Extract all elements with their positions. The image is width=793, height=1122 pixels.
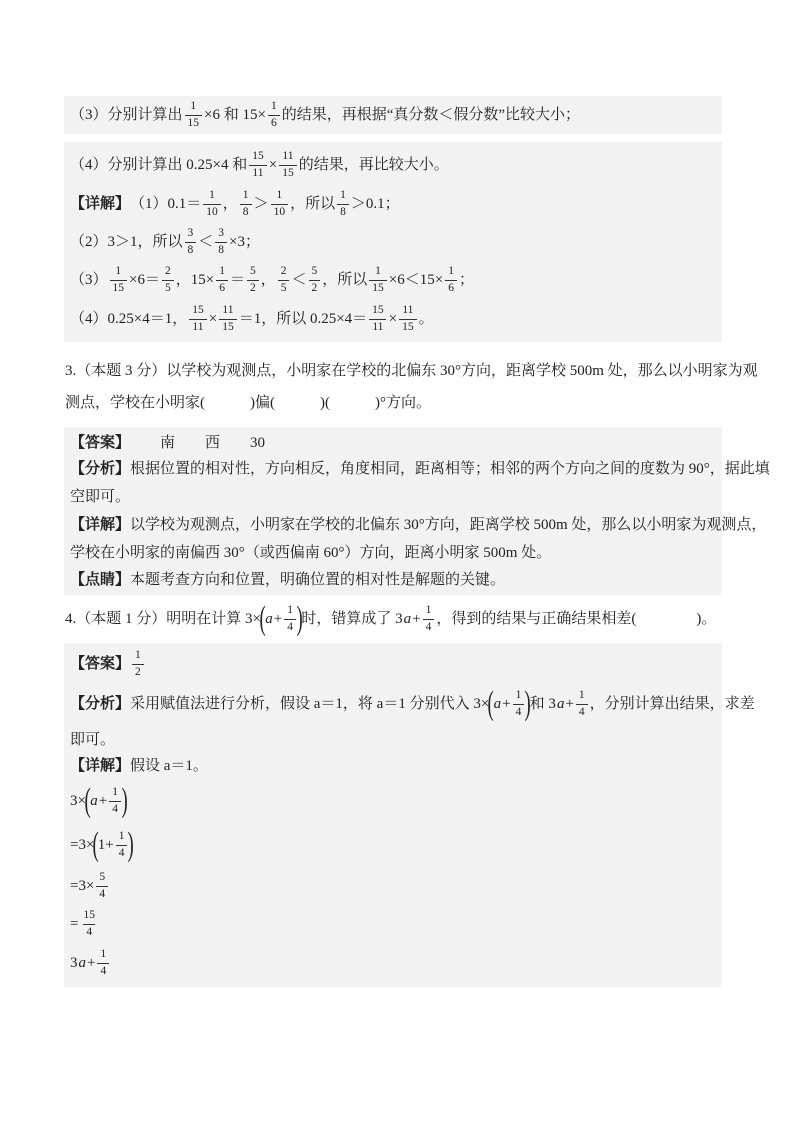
fraction-denominator: 4 <box>284 619 296 634</box>
text-line: 4.（本题 1 分）明明在计算 3×(a+14)时，错算成了 3a+14，得到的… <box>65 596 721 642</box>
math-variable: a <box>78 954 88 972</box>
fraction: 38 <box>185 228 197 256</box>
big-left-paren: ( <box>93 830 99 861</box>
fraction: 14 <box>109 787 121 815</box>
text-span: 即可。 <box>70 731 115 749</box>
big-left-paren: ( <box>85 786 91 817</box>
text-span: ＝1，所以 0.25×4＝ <box>239 310 367 328</box>
text-span: 时，错算成了 3 <box>301 610 402 628</box>
fraction-denominator: 8 <box>215 242 227 257</box>
fraction-denominator: 15 <box>369 280 387 295</box>
text-span: 的结果，再比较大小。 <box>299 156 449 174</box>
big-right-paren: ) <box>297 604 303 635</box>
section-label: 【分析】 <box>70 695 130 713</box>
text-line: （4）0.25×4＝1，1511×1115＝1，所以 0.25×4＝1511×1… <box>70 299 716 339</box>
fraction-numerator: 15 <box>369 305 387 319</box>
text-span: 。 <box>419 310 434 328</box>
text-line: （3）115×6＝25，15×16＝52，25＜52，所以115×6＜15×16… <box>70 261 716 299</box>
text-line: =3×(1+14) <box>70 823 716 867</box>
fraction-numerator: 1 <box>268 101 280 115</box>
text-span: + <box>87 954 95 972</box>
fraction: 1511 <box>369 305 387 333</box>
question-3: 3.（本题 3 分）以学校为观测点，小明家在学校的北偏东 30°方向，距离学校 … <box>64 342 722 427</box>
fraction: 14 <box>284 605 296 633</box>
fraction-denominator: 4 <box>96 886 108 901</box>
text-span: （3） <box>70 271 108 289</box>
fraction-denominator: 5 <box>162 280 174 295</box>
fraction-numerator: 15 <box>189 305 207 319</box>
text-span: 根据位置的相对性，方向相反，角度相同，距离相等；相邻的两个方向之间的度数为 90… <box>130 460 770 478</box>
fraction: 12 <box>132 650 144 678</box>
text-line: 【答案】 南 西 30 <box>70 430 716 455</box>
text-span: × <box>209 310 217 328</box>
fraction-numerator: 1 <box>273 190 285 204</box>
fraction: 1511 <box>249 151 267 179</box>
text-line: 【点睛】本题考查方向和位置，明确位置的相对性是解题的关键。 <box>70 567 716 592</box>
fraction-numerator: 5 <box>309 266 321 280</box>
text-line: =154 <box>70 905 716 943</box>
fraction-numerator: 1 <box>216 266 228 280</box>
document-content: （3）分别计算出115×6 和 15×16的结果，再根据“真分数＜假分数”比较大… <box>64 96 722 987</box>
fraction: 52 <box>247 266 259 294</box>
text-line: 3a+14 <box>70 943 716 983</box>
fraction: 18 <box>337 190 349 218</box>
fraction-numerator: 1 <box>445 266 457 280</box>
text-span: ，所以 <box>322 271 367 289</box>
text-line: =3×54 <box>70 867 716 905</box>
text-span: ＞ <box>254 195 269 213</box>
fraction-denominator: 11 <box>249 165 266 180</box>
text-line: 3.（本题 3 分）以学校为观测点，小明家在学校的北偏东 30°方向，距离学校 … <box>65 355 721 387</box>
fraction-numerator: 1 <box>116 831 128 845</box>
fraction-denominator: 15 <box>279 165 297 180</box>
fraction-denominator: 8 <box>240 204 252 219</box>
fraction-denominator: 2 <box>247 280 259 295</box>
text-line: 【详解】（1）0.1＝110，18＞110，所以18＞0.1； <box>70 185 716 223</box>
fraction-numerator: 1 <box>187 101 199 115</box>
text-span: （3）分别计算出 <box>70 106 183 124</box>
big-left-paren: ( <box>260 604 266 635</box>
fraction: 25 <box>162 266 174 294</box>
text-span: 采用赋值法进行分析，假设 a＝1，将 a＝1 分别代入 3× <box>130 695 489 713</box>
document-page: （3）分别计算出115×6 和 15×16的结果，再根据“真分数＜假分数”比较大… <box>0 0 793 1122</box>
fraction: 54 <box>96 872 108 900</box>
text-span: ×3； <box>229 233 260 251</box>
fraction-denominator: 6 <box>268 115 280 130</box>
fraction: 16 <box>216 266 228 294</box>
text-span: （1）0.1＝ <box>130 195 201 213</box>
text-line: 【分析】采用赋值法进行分析，假设 a＝1，将 a＝1 分别代入 3×(a+14)… <box>70 681 716 727</box>
text-span: ，分别计算出结果，求差 <box>590 695 755 713</box>
text-span: ，所以 <box>290 195 335 213</box>
text-span: + <box>274 610 282 628</box>
fraction: 110 <box>271 190 289 218</box>
text-span: 4.（本题 1 分）明明在计算 3× <box>65 610 261 628</box>
fraction: 1115 <box>279 151 297 179</box>
text-span: ； <box>459 271 474 289</box>
text-span: + <box>99 792 107 810</box>
fraction-denominator: 4 <box>116 845 128 860</box>
text-span: 空即可。 <box>70 488 130 506</box>
fraction-numerator: 1 <box>423 605 435 619</box>
text-line: 【详解】以学校为观测点，小明家在学校的北偏东 30°方向，距离学校 500m 处… <box>70 511 716 539</box>
fraction-denominator: 10 <box>271 204 289 219</box>
section-label: 【详解】 <box>70 757 130 775</box>
section-label: 【详解】 <box>70 195 130 213</box>
text-span: ＞0.1； <box>351 195 400 213</box>
fraction: 1115 <box>219 305 237 333</box>
fraction-numerator: 1 <box>112 266 124 280</box>
text-span: ， <box>261 271 276 289</box>
fraction: 115 <box>110 266 128 294</box>
fraction-numerator: 1 <box>206 190 218 204</box>
fraction: 18 <box>240 190 252 218</box>
fraction-numerator: 1 <box>337 190 349 204</box>
fraction: 16 <box>268 101 280 129</box>
text-span: （4）0.25×4＝1， <box>70 310 187 328</box>
text-span: =3× <box>70 836 94 854</box>
fraction-numerator: 3 <box>215 228 227 242</box>
text-span: （2）3＞1，所以 <box>70 233 183 251</box>
solution-2-part3: （3）分别计算出115×6 和 15×16的结果，再根据“真分数＜假分数”比较大… <box>64 96 722 134</box>
text-span: 南 西 30 <box>130 434 265 452</box>
fraction-numerator: 11 <box>219 305 236 319</box>
question-4: 4.（本题 1 分）明明在计算 3×(a+14)时，错算成了 3a+14，得到的… <box>64 595 722 643</box>
text-span: + <box>565 695 573 713</box>
fraction-denominator: 6 <box>445 280 457 295</box>
text-line: 【详解】假设 a＝1。 <box>70 753 716 779</box>
fraction: 1115 <box>399 305 417 333</box>
fraction-numerator: 5 <box>247 266 259 280</box>
text-line: 3×(a+14) <box>70 779 716 823</box>
text-span: × <box>389 310 397 328</box>
text-span: ×6 和 15× <box>204 106 266 124</box>
fraction: 1511 <box>189 305 207 333</box>
text-span: 假设 a＝1。 <box>130 757 208 775</box>
text-span: ×6＝ <box>129 271 160 289</box>
fraction-numerator: 1 <box>240 190 252 204</box>
fraction-denominator: 8 <box>185 242 197 257</box>
fraction: 154 <box>80 910 98 938</box>
text-line: 【分析】根据位置的相对性，方向相反，角度相同，距离相等；相邻的两个方向之间的度数… <box>70 455 716 483</box>
fraction-denominator: 11 <box>369 319 386 334</box>
fraction-denominator: 2 <box>132 664 144 679</box>
fraction-denominator: 8 <box>337 204 349 219</box>
math-variable: a <box>556 695 566 713</box>
section-label: 【答案】 <box>70 434 130 452</box>
text-line: （4）分别计算出 0.25×4 和1511×1115的结果，再比较大小。 <box>70 145 716 185</box>
fraction-denominator: 4 <box>423 619 435 634</box>
fraction-denominator: 4 <box>109 801 121 816</box>
section-label: 【点睛】 <box>70 571 130 589</box>
text-span: 学校在小明家的南偏西 30°（或西偏南 60°）方向，距离小明家 500m 处。 <box>70 544 551 562</box>
text-line: 空即可。 <box>70 483 716 511</box>
fraction-denominator: 4 <box>576 704 588 719</box>
text-span: ， <box>223 195 238 213</box>
math-variable: a <box>493 695 503 713</box>
fraction-denominator: 4 <box>83 924 95 939</box>
fraction-numerator: 11 <box>399 305 416 319</box>
fraction: 110 <box>203 190 221 218</box>
fraction-numerator: 2 <box>162 266 174 280</box>
big-right-paren: ) <box>122 786 128 817</box>
text-line: （3）分别计算出115×6 和 15×16的结果，再根据“真分数＜假分数”比较大… <box>70 98 716 132</box>
section-label: 【分析】 <box>70 460 130 478</box>
text-span: =3× <box>70 877 94 895</box>
text-line: （2）3＞1，所以38＜38×3； <box>70 223 716 261</box>
fraction-numerator: 1 <box>576 690 588 704</box>
text-span: = <box>70 915 78 933</box>
fraction-numerator: 1 <box>109 787 121 801</box>
fraction: 52 <box>309 266 321 294</box>
big-left-paren: ( <box>488 689 494 720</box>
text-span: 和 3 <box>530 695 556 713</box>
fraction-denominator: 10 <box>203 204 221 219</box>
fraction-denominator: 4 <box>513 704 525 719</box>
fraction-numerator: 1 <box>284 605 296 619</box>
text-span: × <box>269 156 277 174</box>
fraction-denominator: 6 <box>216 280 228 295</box>
fraction-numerator: 1 <box>513 690 525 704</box>
text-line: 即可。 <box>70 727 716 753</box>
text-span: ＜ <box>198 233 213 251</box>
text-span: 测点，学校在小明家( )偏( )( )°方向。 <box>65 394 431 412</box>
fraction-denominator: 11 <box>189 319 206 334</box>
text-span: （4）分别计算出 0.25×4 和 <box>70 156 247 174</box>
fraction: 14 <box>116 831 128 859</box>
fraction: 14 <box>513 690 525 718</box>
fraction-denominator: 5 <box>278 280 290 295</box>
text-span: + <box>412 610 420 628</box>
fraction: 16 <box>445 266 457 294</box>
fraction: 25 <box>278 266 290 294</box>
text-span: 3 <box>70 954 78 972</box>
fraction-numerator: 11 <box>279 151 296 165</box>
answer-4: 【答案】12【分析】采用赋值法进行分析，假设 a＝1，将 a＝1 分别代入 3×… <box>64 643 722 987</box>
fraction-numerator: 1 <box>97 949 109 963</box>
fraction: 115 <box>185 101 203 129</box>
math-variable: a <box>403 610 413 628</box>
fraction: 14 <box>576 690 588 718</box>
fraction-denominator: 4 <box>97 963 109 978</box>
text-span: 1+ <box>98 836 114 854</box>
fraction-numerator: 3 <box>185 228 197 242</box>
text-span: ，得到的结果与正确结果相差( )。 <box>436 610 716 628</box>
text-span: ＜ <box>291 271 306 289</box>
text-span: 的结果，再根据“真分数＜假分数”比较大小； <box>282 106 580 124</box>
text-line: 学校在小明家的南偏西 30°（或西偏南 60°）方向，距离小明家 500m 处。 <box>70 539 716 567</box>
solution-2-part4-detail: （4）分别计算出 0.25×4 和1511×1115的结果，再比较大小。【详解】… <box>64 142 722 342</box>
fraction-numerator: 1 <box>372 266 384 280</box>
big-right-paren: ) <box>525 689 531 720</box>
text-span: 3.（本题 3 分）以学校为观测点，小明家在学校的北偏东 30°方向，距离学校 … <box>65 362 758 380</box>
text-line: 【答案】12 <box>70 647 716 681</box>
text-span: 以学校为观测点，小明家在学校的北偏东 30°方向，距离学校 500m 处，那么以… <box>130 516 766 534</box>
section-label: 【答案】 <box>70 655 130 673</box>
answer-3: 【答案】 南 西 30【分析】根据位置的相对性，方向相反，角度相同，距离相等；相… <box>64 427 722 595</box>
text-span: + <box>502 695 510 713</box>
text-line: 测点，学校在小明家( )偏( )( )°方向。 <box>65 387 721 419</box>
fraction-numerator: 2 <box>278 266 290 280</box>
fraction-numerator: 15 <box>249 151 267 165</box>
section-label: 【详解】 <box>70 516 130 534</box>
fraction-numerator: 1 <box>132 650 144 664</box>
fraction-denominator: 15 <box>399 319 417 334</box>
text-span: ×6＜15× <box>389 271 443 289</box>
fraction: 115 <box>369 266 387 294</box>
fraction-denominator: 15 <box>219 319 237 334</box>
fraction-denominator: 2 <box>309 280 321 295</box>
text-span: ，15× <box>176 271 214 289</box>
big-right-paren: ) <box>128 830 134 861</box>
fraction: 14 <box>97 949 109 977</box>
fraction-denominator: 15 <box>185 115 203 130</box>
fraction-numerator: 5 <box>96 872 108 886</box>
fraction: 38 <box>215 228 227 256</box>
fraction-denominator: 15 <box>110 280 128 295</box>
fraction: 14 <box>423 605 435 633</box>
fraction-numerator: 15 <box>80 910 98 924</box>
text-span: ＝ <box>230 271 245 289</box>
text-span: 本题考查方向和位置，明确位置的相对性是解题的关键。 <box>130 571 505 589</box>
